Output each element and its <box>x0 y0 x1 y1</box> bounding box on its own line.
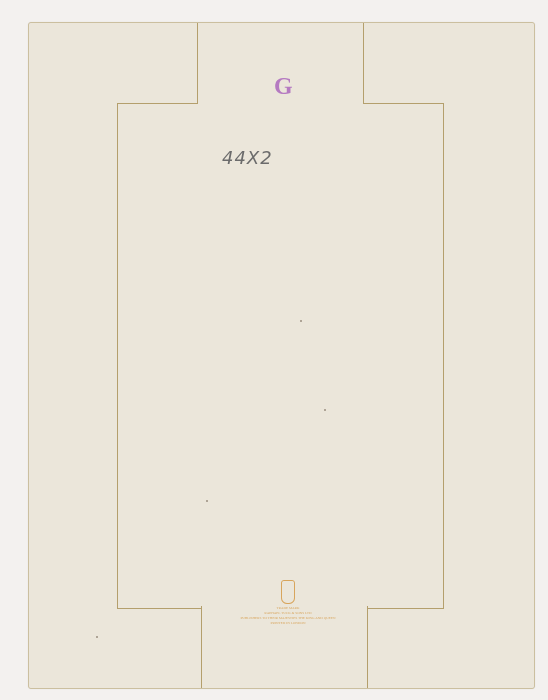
crest-icon <box>281 580 295 604</box>
join-cover-top <box>198 101 363 107</box>
speck <box>206 500 208 502</box>
speck <box>96 636 98 638</box>
handwritten-note: 44X2 <box>222 148 273 169</box>
imprint-line: PRINTED IN LONDON <box>238 621 338 626</box>
publisher-imprint: TRADE MARK RAPHAEL TUCK & SONS LTD PUBLI… <box>238 580 338 626</box>
speck <box>300 320 302 322</box>
speck <box>324 409 326 411</box>
stamp-letter: G <box>274 74 293 101</box>
center-panel-outline <box>117 103 444 609</box>
